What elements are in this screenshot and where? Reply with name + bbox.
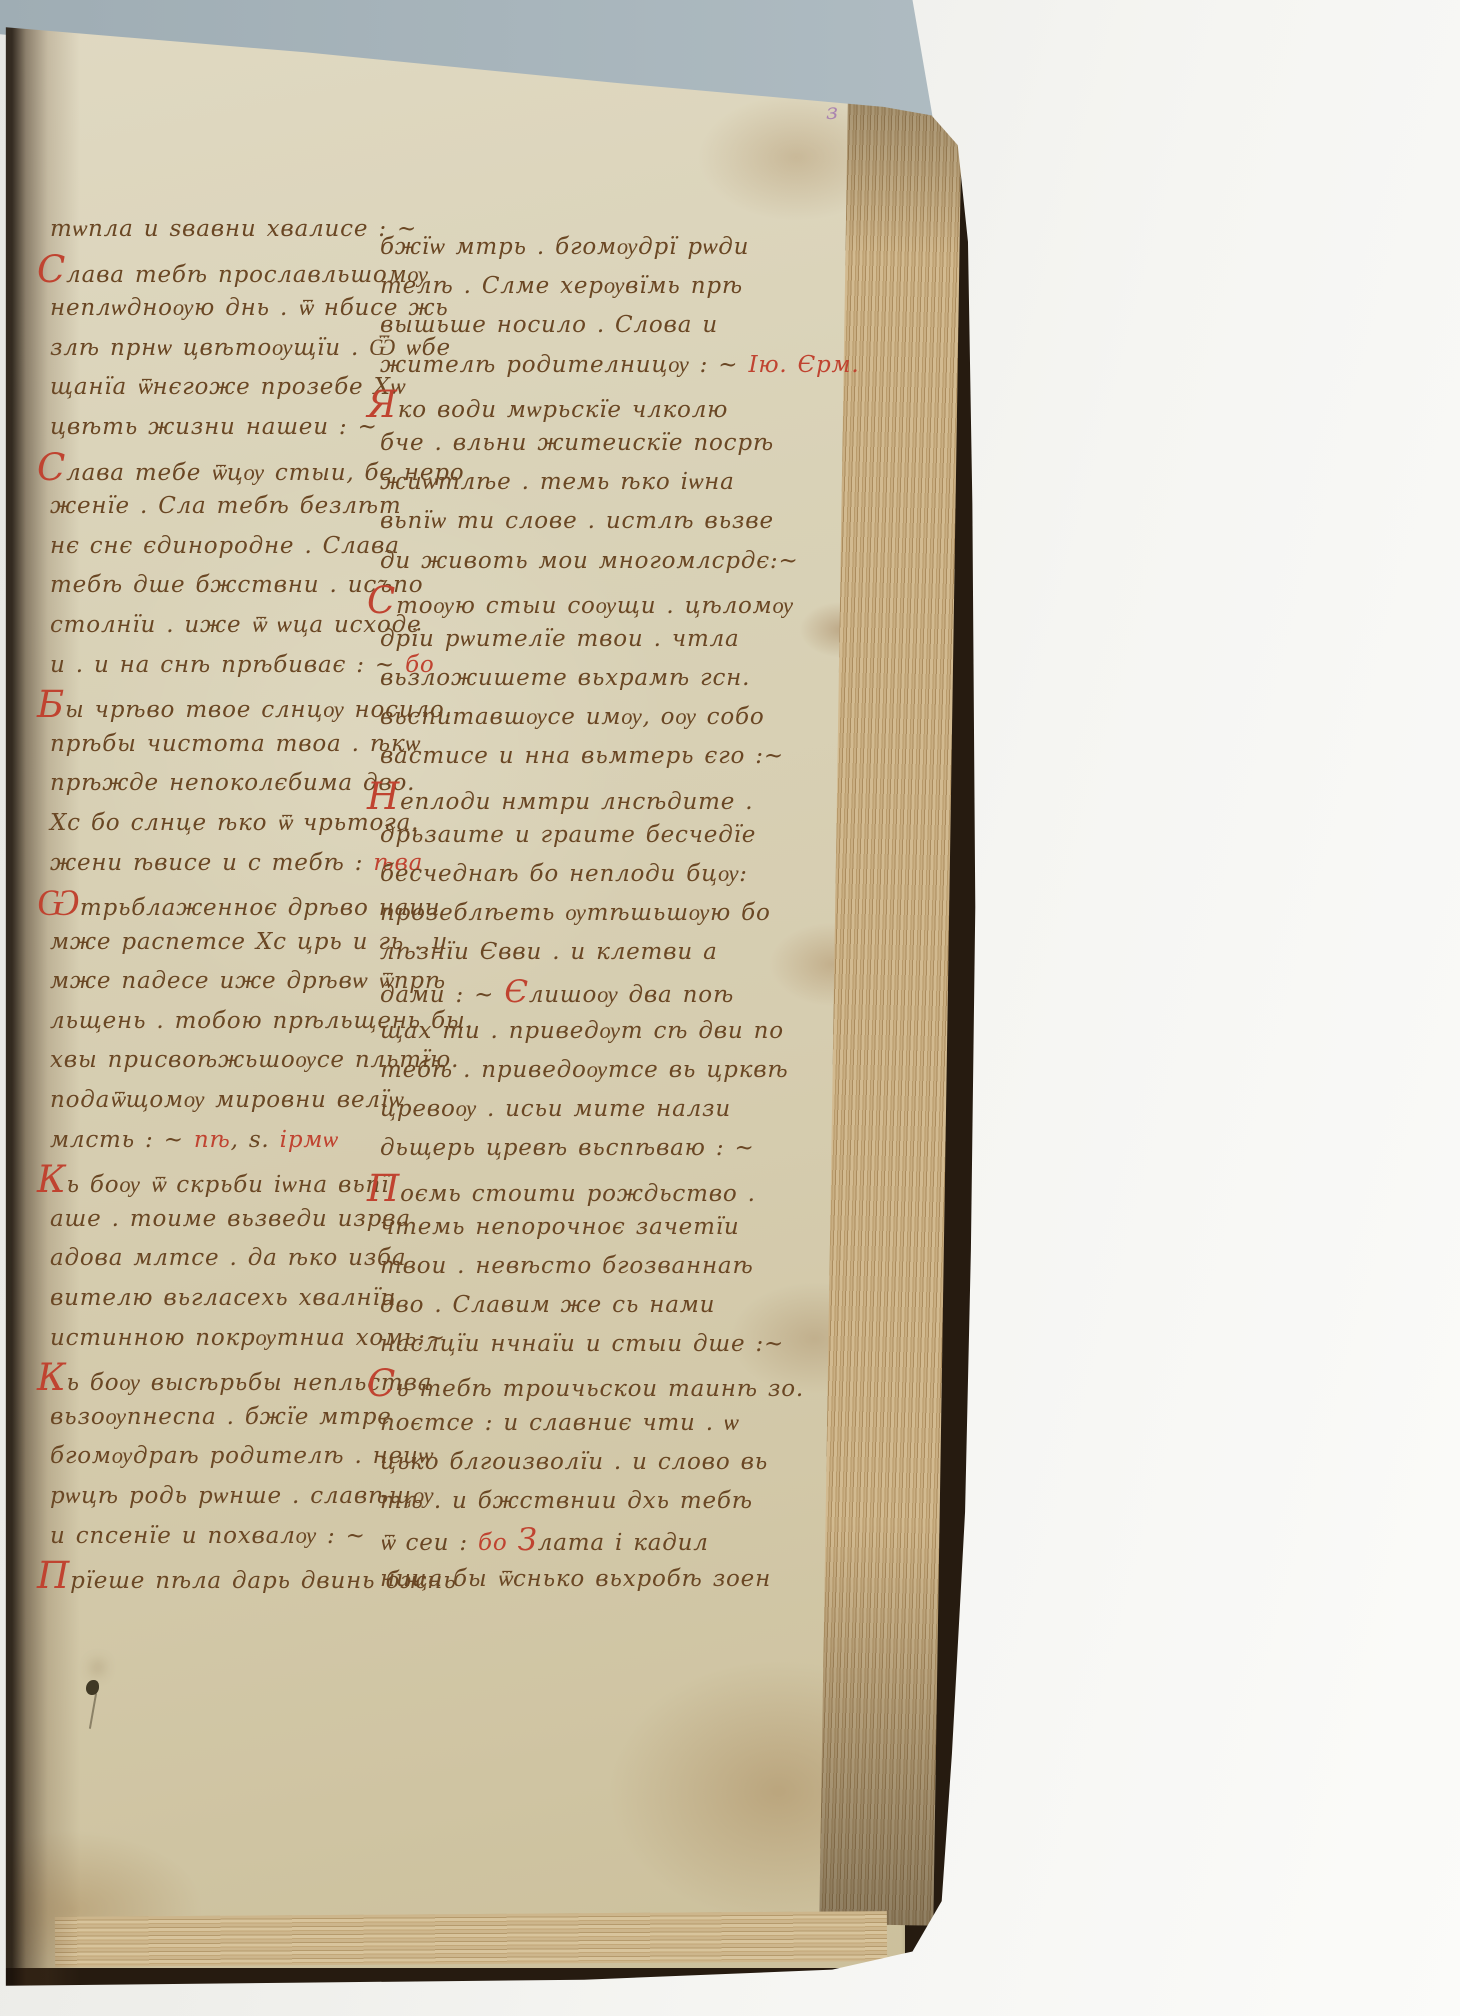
manuscript-line: Слава тебѣ прославльшомѹ (32, 250, 372, 290)
manuscript-line: и спсенїе и похвалѹ : ~ (32, 1517, 372, 1557)
ink-text: дами : ~ (380, 982, 504, 1008)
manuscript-line: дами : ~ Єлишоѹ два поѣ (362, 973, 757, 1012)
ink-text: тоѹю стыи соѹщи . цѣломѹ (396, 593, 794, 619)
ink-text: подаѿщомѹ мировни велїѡ (50, 1087, 404, 1113)
manuscript-line: Кь боѹ ѿ скрьби іѡна вьпї (32, 1160, 372, 1200)
manuscript-line: Стоѹю стыи соѹщи . цѣломѹ (362, 581, 757, 620)
manuscript-line: вьспитавшѹсе имѹ, оѹ собо (362, 698, 757, 737)
ink-text: адова млтсе . да ѣко изба (50, 1245, 406, 1271)
manuscript-line: Сь тебѣ троичьскои таинѣ зо. (362, 1364, 757, 1403)
ink-text: вьпїѡ ти слове . истлѣ вьзве (380, 508, 774, 534)
manuscript-line: цько блгоизволїи . и слово вь (362, 1443, 757, 1482)
ink-text: вышьше носило . Слова и (380, 312, 718, 338)
manuscript-line: прѣбы чистота твоа . ѣкѡ (32, 725, 372, 765)
manuscript-line: жени ѣвисе и с тебѣ : ѣва (32, 844, 372, 884)
manuscript-line: вьзложишете вьхрамѣ гсн. (362, 659, 757, 698)
ink-text: ница бы ѿснько вьхробѣ зоен (380, 1566, 771, 1592)
ink-text: ь боѹ ѿ скрьби іѡна вьпї (66, 1172, 389, 1198)
manuscript-line: и . и на снѣ прѣбиває : ~ бо (32, 646, 372, 686)
ink-text: лѣзнїи Євви . и клетви а (380, 939, 718, 965)
manuscript-line: бжїѡ мтрь . бгомѹдрї рѡди (362, 228, 757, 267)
ink-text: жени ѣвисе и с тебѣ : (50, 850, 373, 876)
book: тѡпла и ѕвавни хвалисе : ~Слава тебѣ про… (0, 0, 1460, 2016)
manuscript-line: тѣ . и бжствнии дхь тебѣ (362, 1482, 757, 1521)
ink-text: вастисе и нна вьмтерь єго :~ (380, 743, 784, 769)
ink-text: нє снє єдинородне . Слава (50, 533, 400, 559)
ink-text: и . и на снѣ прѣбиває : ~ (50, 652, 405, 678)
manuscript-line: вьпїѡ ти слове . истлѣ вьзве (362, 502, 757, 541)
ink-text: вителю вьгласехь хвалнїи (50, 1285, 396, 1311)
rubric-text: С (37, 248, 66, 291)
ink-text: наслцїи нчнаїи и стыи дше :~ (380, 1331, 784, 1357)
ink-text: ь тебѣ троичьскои таинѣ зо. (396, 1376, 804, 1402)
rubric-text: С (37, 446, 66, 489)
manuscript-line: прозеблѣеть ѹтѣшьшѹю бо (362, 894, 757, 933)
manuscript-line: Яко води мѡрьскїе члколю (362, 385, 757, 424)
ink-text: аше . тоиме вьзведи изрва (50, 1206, 411, 1232)
ink-text: лата і кадил (538, 1530, 709, 1556)
ink-text: ко води мѡрьскїе члколю (398, 397, 729, 423)
left-text-column: тѡпла и ѕвавни хвалисе : ~Слава тебѣ про… (32, 210, 372, 1596)
bottom-page-edges (55, 1911, 887, 1967)
manuscript-line: столнїи . иже ѿ ѡца исходе (32, 606, 372, 646)
manuscript-line: бче . вльни житеискїе посрѣ (362, 424, 757, 463)
rubric-text: П (37, 1554, 70, 1597)
manuscript-line: женїе . Сла тебѣ безлѣт (32, 487, 372, 527)
ink-text: прозеблѣеть ѹтѣшьшѹю бо (380, 900, 771, 926)
manuscript-line: мже падесе иже дрѣвѡ ѿпрѣ (32, 962, 372, 1002)
ink-text: еплоди нмтри лнсѣдите . (400, 789, 753, 815)
ink-text: ѿ сеи : (380, 1530, 478, 1556)
manuscript-line: Бы чрѣво твое слнцѹ носило. (32, 685, 372, 725)
ink-text: щах ти . приведѹт сѣ дви по (380, 1018, 784, 1044)
ink-text: прѣжде непоколєбима дво. (50, 770, 415, 796)
manuscript-line: млсть : ~ пѣ, ѕ. ірмѡ (32, 1121, 372, 1161)
ink-text: цько блгоизволїи . и слово вь (380, 1449, 768, 1475)
manuscript-line: тебѣ . приведоѹтсе вь црквѣ (362, 1051, 757, 1090)
manuscript-line: чтемь непорочноє зачетїи (362, 1208, 757, 1247)
rubric-text: Н (367, 775, 400, 818)
manuscript-line: рѡцѣ родь рѡнше . славѣщѹ (32, 1477, 372, 1517)
manuscript-line: льщень . тобою прѣльщень бы. (32, 1002, 372, 1042)
ink-blot (86, 1680, 99, 1695)
manuscript-line: дво . Славим же сь нами (362, 1286, 757, 1325)
manuscript-line: щанїа ѿнєгоже прозебе Хѡ (32, 368, 372, 408)
manuscript-line: дрїи рѡителїе твои . чтла (362, 620, 757, 659)
manuscript-line: телѣ . Слме херѹвїмь прѣ (362, 267, 757, 306)
ink-text: щанїа ѿнєгоже прозебе Хѡ (50, 374, 406, 400)
manuscript-line: лѣзнїи Євви . и клетви а (362, 933, 757, 972)
manuscript-line: тѡпла и ѕвавни хвалисе : ~ (32, 210, 372, 250)
ink-text: бче . вльни житеискїе посрѣ (380, 430, 774, 456)
manuscript-line: бесчеднаѣ бо неплоди бцѹ: (362, 855, 757, 894)
ink-text: млсть : ~ (50, 1127, 194, 1153)
manuscript-line: Ѡтрьблаженноє дрѣво наии (32, 883, 372, 923)
manuscript-line: вителю вьгласехь хвалнїи (32, 1279, 372, 1319)
ink-text: вьспитавшѹсе имѹ, оѹ собо (380, 704, 764, 730)
manuscript-line: неплѡдноѹю днь . ѿ нбисе жь (32, 289, 372, 329)
rubric-text: К (37, 1356, 66, 1399)
ink-text: вьзложишете вьхрамѣ гсн. (380, 665, 750, 691)
ink-text: , ѕ. (231, 1127, 280, 1153)
ink-text: цвѣть жизни нашеи : ~ (50, 414, 378, 440)
rubric-text: К (37, 1158, 66, 1201)
manuscript-line: Поємь стоити рождьство . (362, 1169, 757, 1208)
photo-backdrop: тѡпла и ѕвавни хвалисе : ~Слава тебѣ про… (0, 0, 1460, 2016)
ink-text: оємь стоити рождьство . (400, 1181, 756, 1207)
rubric-text: бо (478, 1530, 518, 1556)
manuscript-line: бгомѹдраѣ родителѣ . неиѡ (32, 1437, 372, 1477)
ink-text: тебѣ . приведоѹтсе вь црквѣ (380, 1057, 789, 1083)
manuscript-line: Неплоди нмтри лнсѣдите . (362, 777, 757, 816)
rubric-text: Є (504, 974, 529, 1010)
ink-text: чтемь непорочноє зачетїи (380, 1214, 739, 1240)
manuscript-line: Хс бо слнце ѣко ѿ чрьтога. (32, 804, 372, 844)
rubric-text: Ѡ (37, 881, 80, 924)
manuscript-line: поєтсе : и славниє чти . ѡ (362, 1404, 757, 1443)
manuscript-line: дрьзаите и граите бесчедїе (362, 816, 757, 855)
rubric-text: С (367, 1362, 396, 1405)
manuscript-line: цревоѹ . исьи мите налзи (362, 1090, 757, 1129)
ink-text: лишоѹ два поѣ (529, 982, 734, 1008)
manuscript-line: хвы присвоѣжьшоѹсе пльтїю. (32, 1041, 372, 1081)
manuscript-line: вышьше носило . Слова и (362, 306, 757, 345)
manuscript-line: цвѣть жизни нашеи : ~ (32, 408, 372, 448)
ink-text: вьзоѹпнеспа . бжїе мтре (50, 1404, 392, 1430)
manuscript-line: Кь боѹ высѣрьбы непльства (32, 1358, 372, 1398)
manuscript-line: вьзоѹпнеспа . бжїе мтре (32, 1398, 372, 1438)
rubric-text: Б (37, 683, 65, 726)
ink-text: дрьзаите и граите бесчедїе (380, 822, 756, 848)
right-text-column: бжїѡ мтрь . бгомѹдрї рѡдителѣ . Слме хер… (362, 228, 757, 1600)
manuscript-line: щах ти . приведѹт сѣ дви по (362, 1012, 757, 1051)
ink-text: бесчеднаѣ бо неплоди бцѹ: (380, 861, 748, 887)
manuscript-line: мже распетсе Хс црь и гь . и (32, 923, 372, 963)
ink-text: жителѣ родителницѹ : ~ (380, 352, 748, 378)
ink-text: женїе . Сла тебѣ безлѣт (50, 493, 401, 519)
rubric-text: Я (367, 383, 398, 426)
ink-text: дво . Славим же сь нами (380, 1292, 715, 1318)
manuscript-line: жиѡтлѣе . темь ѣко іѡна (362, 463, 757, 502)
manuscript-line: прѣжде непоколєбима дво. (32, 764, 372, 804)
manuscript-line: жителѣ родителницѹ : ~ Ію. Єрм. (362, 346, 757, 385)
rubric-text: П (367, 1167, 400, 1210)
manuscript-line: ница бы ѿснько вьхробѣ зоен (362, 1560, 757, 1599)
manuscript-line: ѿ сеи : бо Злата і кадил (362, 1521, 757, 1560)
ink-text: дрїи рѡителїе твои . чтла (380, 626, 740, 652)
corner-mark: з (826, 100, 838, 125)
manuscript-line: аше . тоиме вьзведи изрва (32, 1200, 372, 1240)
ink-text: ди животь мои многомлсрдє:~ (380, 548, 799, 574)
manuscript-line: наслцїи нчнаїи и стыи дше :~ (362, 1325, 757, 1364)
manuscript-line: подаѿщомѹ мировни велїѡ (32, 1081, 372, 1121)
manuscript-line: злѣ прнѡ цвѣтоѹщїи . Ѿ ѡбе (32, 329, 372, 369)
ink-text: жиѡтлѣе . темь ѣко іѡна (380, 469, 735, 495)
ink-text: бжїѡ мтрь . бгомѹдрї рѡди (380, 234, 749, 260)
manuscript-line: нє снє єдинородне . Слава (32, 527, 372, 567)
rubric-text: З (518, 1522, 538, 1558)
manuscript-line: вастисе и нна вьмтерь єго :~ (362, 737, 757, 776)
manuscript-line: дьщерь цревѣ вьспѣваю : ~ (362, 1129, 757, 1168)
rubric-text: Ію. Єрм. (748, 352, 859, 378)
manuscript-line: твои . невѣсто бгозваннаѣ (362, 1247, 757, 1286)
folio-number: 33 (998, 187, 1040, 223)
rubric-text: пѣ (194, 1127, 231, 1153)
rubric-text: ірмѡ (280, 1127, 339, 1153)
manuscript-line: адова млтсе . да ѣко изба (32, 1239, 372, 1279)
manuscript-line: тебѣ дше бжствни . исъпо (32, 566, 372, 606)
manuscript-line: Прїеше пѣла дарь двинь бжнь (32, 1556, 372, 1596)
ink-text: твои . невѣсто бгозваннаѣ (380, 1253, 754, 1279)
ink-text: телѣ . Слме херѹвїмь прѣ (380, 273, 743, 299)
manuscript-line: истинною покрѹтниа хомь:~ (32, 1319, 372, 1359)
manuscript-line: ди животь мои многомлсрдє:~ (362, 542, 757, 581)
ink-text: дьщерь цревѣ вьспѣваю : ~ (380, 1135, 755, 1161)
ink-text: цревоѹ . исьи мите налзи (380, 1096, 731, 1122)
manuscript-line: Слава тебе ѿцѹ стыи, бе неро (32, 448, 372, 488)
ink-text: тѣ . и бжствнии дхь тебѣ (380, 1488, 753, 1514)
rubric-text: С (367, 579, 396, 622)
ink-text: поєтсе : и славниє чти . ѡ (380, 1410, 739, 1436)
ink-text: и спсенїе и похвалѹ : ~ (50, 1523, 366, 1549)
